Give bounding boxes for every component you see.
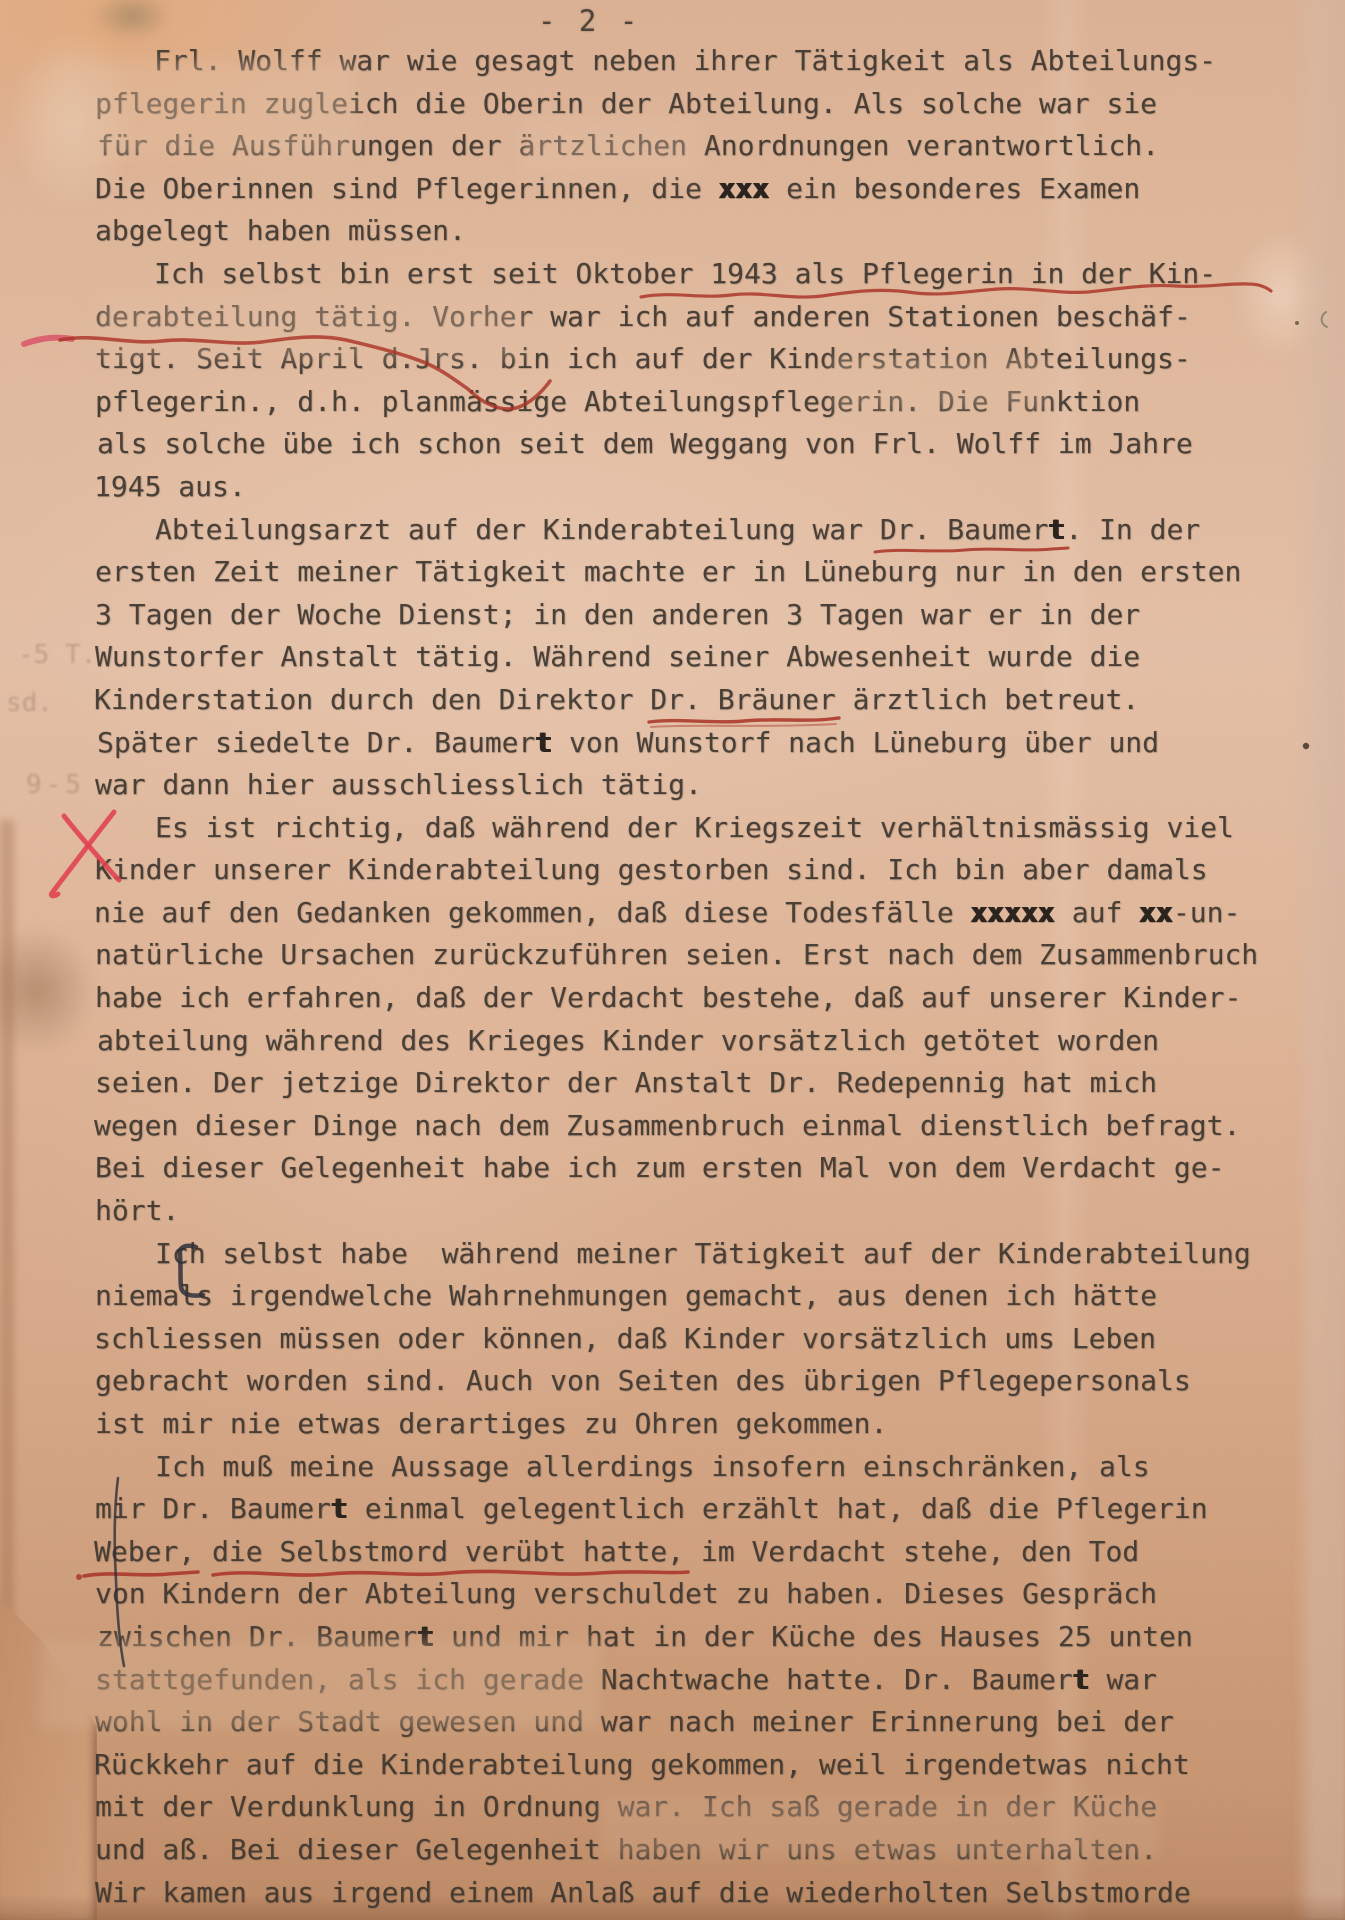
- ink-margin-line: [115, 1478, 124, 1666]
- handwritten-marks-overlay: [0, 0, 1345, 1920]
- paper-speck: [1303, 743, 1309, 749]
- red-underline-derabteilung: [60, 337, 550, 409]
- red-underline-selbstmord: [213, 1571, 688, 1575]
- red-underline-dr-baumert: [875, 548, 1068, 552]
- red-underline-dr-braeuner: [649, 718, 839, 722]
- paper-speck: [1295, 321, 1299, 325]
- paper-speck-arc: [1322, 312, 1327, 327]
- red-underline-dr-braeuner-echo: [651, 724, 836, 727]
- red-x-mark-stroke2: [51, 812, 114, 896]
- document-page: - 2 - Frl. Wolff war wie gesagt neben ih…: [0, 0, 1345, 1920]
- red-underline-weber: [84, 1572, 198, 1576]
- red-underline-weber-dot: [76, 1574, 82, 1580]
- ink-bracket-mark: [180, 1246, 203, 1296]
- red-underline-pflegerin: [641, 284, 1271, 297]
